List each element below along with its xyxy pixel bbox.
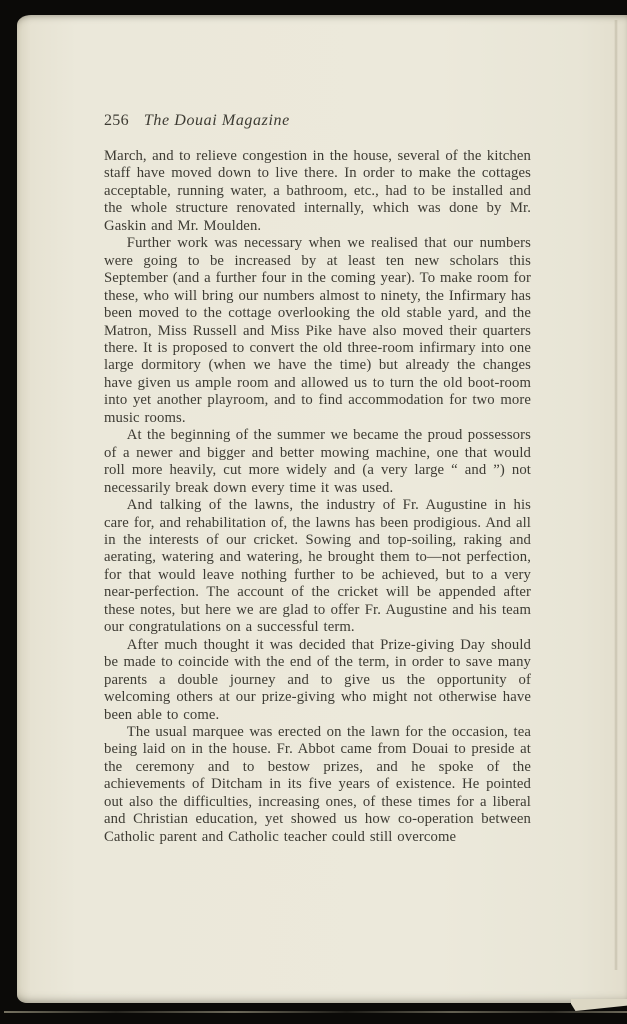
cover-edge-highlight — [4, 1011, 627, 1013]
book-scan-background: 256The Douai Magazine March, and to reli… — [0, 0, 627, 1024]
running-head: 256The Douai Magazine — [104, 112, 531, 130]
paragraph: Further work was necessary when we reali… — [104, 235, 531, 427]
paragraph: And talking of the lawns, the industry o… — [104, 497, 531, 637]
body-text: March, and to relieve congestion in the … — [104, 148, 531, 846]
page-edge-stack — [0, 24, 19, 996]
page-number: 256 — [104, 112, 129, 129]
page-corner-flap — [571, 999, 627, 1011]
paragraph: The usual marquee was erected on the law… — [104, 724, 531, 846]
paragraph: March, and to relieve congestion in the … — [104, 148, 531, 235]
paragraph: After much thought it was decided that P… — [104, 637, 531, 724]
page-crease — [614, 20, 618, 970]
paragraph: At the beginning of the summer we became… — [104, 427, 531, 497]
page-text-block: 256The Douai Magazine March, and to reli… — [104, 112, 531, 846]
magazine-title: The Douai Magazine — [144, 112, 290, 129]
